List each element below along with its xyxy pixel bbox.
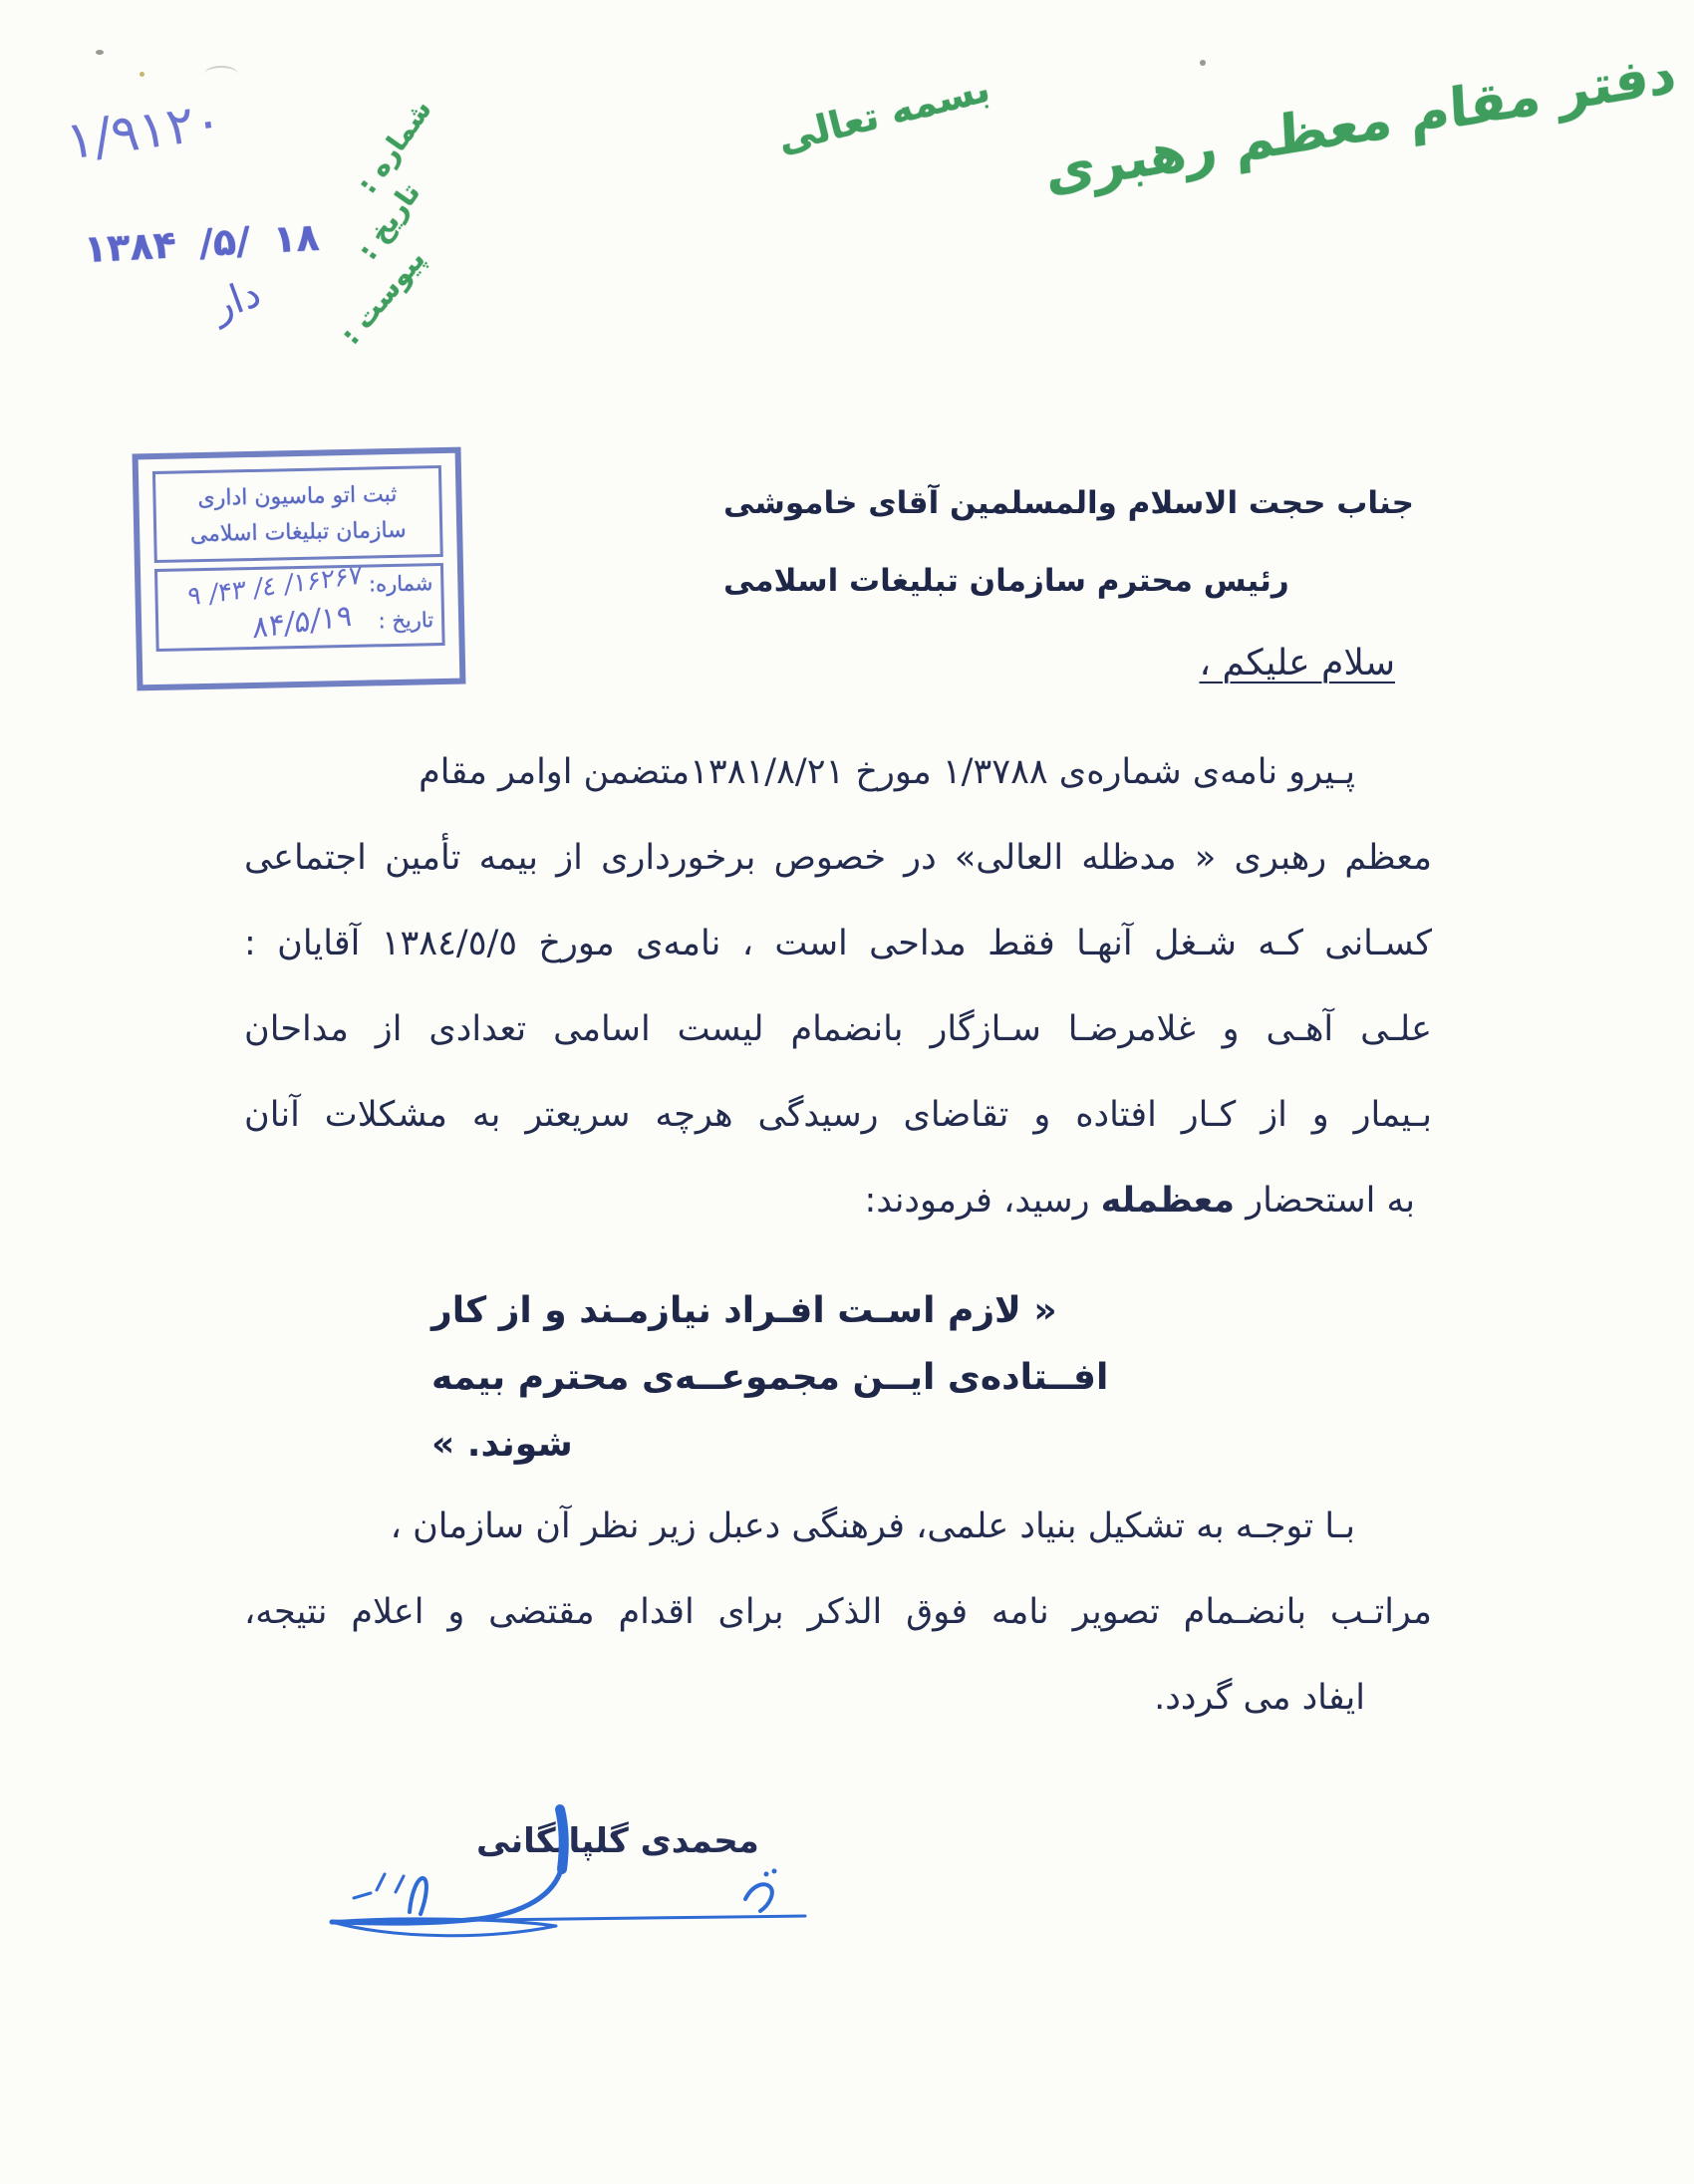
closing-line-3: ایفاد می گردد. (1154, 1678, 1365, 1718)
quote-line-2: افــتاده‌ی ایــن مجموعــه‌ی محترم بیمه (431, 1357, 1108, 1398)
scan-pencil-mark (204, 66, 238, 82)
recipient-line2: رئیس محترم سازمان تبلیغات اسلامی (723, 542, 1414, 620)
stamp-org-line1: ثبت اتو ماسیون اداری (159, 476, 435, 518)
attachment-field-value: دار (206, 270, 267, 330)
closing-line-1: بـا توجـه به تشکیل بنیاد علمی، فرهنگی دع… (391, 1506, 1355, 1546)
registration-stamp: ثبت اتو ماسیون اداری سازمان تبلیغات اسلا… (133, 447, 466, 691)
stamp-org-line2: سازمان تبلیغات اسلامی (160, 512, 436, 554)
handwritten-signature (224, 1772, 822, 1971)
body-line-1: پـیرو نامه‌ی شماره‌ی ۱/۳۷۸۸ مورخ ۱۳۸۱/۸/… (419, 752, 1355, 792)
scan-speck (96, 50, 104, 55)
bismillah-calligraphy: بسمه تعالی (773, 66, 994, 160)
letterhead-office-title: دفتر مقام معظم رهبری (1044, 42, 1677, 204)
salutation: سلام علیکم ، (1199, 643, 1395, 683)
attachment-field-label: پیوست : (335, 244, 431, 351)
scan-speck (1200, 60, 1206, 66)
quote-line-1: « لازم اسـت افـراد نیازمـند و از کار (431, 1290, 1057, 1331)
body-line-5: بـیمار و از کـار افتاده و تقاضای رسیدگی … (244, 1095, 1432, 1135)
stamp-date-value: ۸۴/۵/۱۹ (252, 598, 352, 646)
date-field-value-stamp: ۱۳۸۴ /۵/ ۱۸ (83, 215, 321, 271)
body-line-6-pre: به استحضار (1235, 1181, 1415, 1221)
body-line-6-post: رسید، فرمودند: (865, 1181, 1101, 1221)
recipient-line1: جناب حجت الاسلام والمسلمین آقای خاموشی (723, 464, 1414, 542)
recipient-block: جناب حجت الاسلام والمسلمین آقای خاموشی ر… (723, 464, 1414, 620)
body-line-6-emphasis: معظمله (1101, 1181, 1236, 1221)
closing-line-2: مراتـب بانضـمام تصویر نامه فوق الذکر برا… (244, 1592, 1432, 1632)
registration-stamp-fields: شماره: ۹ /۴۳ /٤ /۱۶۲۶۷ تاریخ : ۸۴/۵/۱۹ (154, 563, 445, 652)
registration-stamp-org: ثبت اتو ماسیون اداری سازمان تبلیغات اسلا… (152, 465, 443, 563)
stamp-number-label: شماره: (369, 571, 433, 596)
number-field-label: شماره : (352, 95, 437, 199)
body-line-3: کسـانی کـه شـغل آنهـا فقط مداحی است ، نا… (244, 924, 1432, 963)
body-line-4: علـی آهـی و غلامرضـا سـازگار بانضمام لیس… (244, 1009, 1432, 1049)
quote-line-3: شوند. » (431, 1424, 573, 1465)
stamp-date-label: تاریخ : (378, 608, 433, 633)
scanned-letter-page: دفتر مقام معظم رهبری بسمه تعالی شماره : … (0, 0, 1694, 2184)
number-field-value: ۱/۹۱۲۰ (63, 91, 226, 171)
body-line-6: به استحضار معظمله رسید، فرمودند: (865, 1181, 1415, 1221)
body-line-2: معظم رهبری « مدظله العالی» در خصوص برخور… (244, 838, 1432, 878)
scan-speck (140, 72, 144, 77)
